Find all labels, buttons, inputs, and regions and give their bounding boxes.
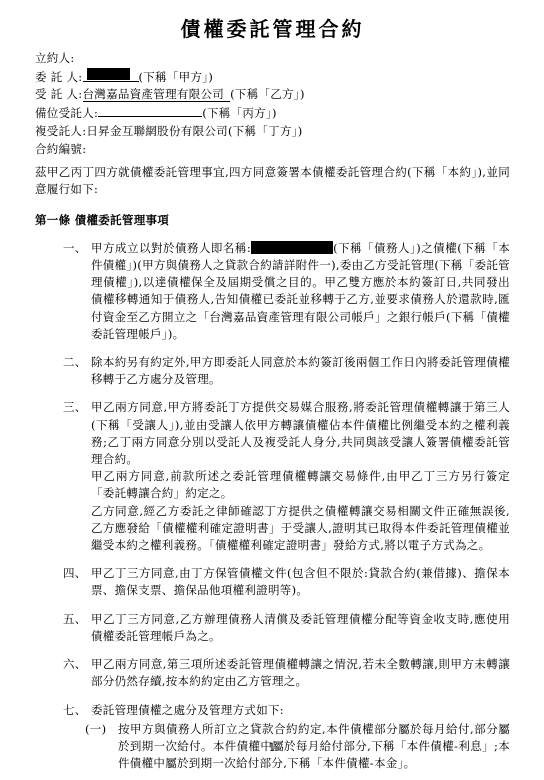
sub-trustee-label: 複受託人: [35, 124, 86, 138]
trustee-name: 台灣嘉品資產管理有限公司 [83, 87, 231, 102]
section-heading: 第一條 債權委託管理事項 [35, 212, 510, 229]
party-line-backup-trustee: 備位受託人:(下稱「丙方」) [35, 104, 510, 123]
clause-number: 二、 [63, 354, 91, 388]
parties-block: 立約人: 委 託 人:(下稱「甲方」) 受 託 人:台灣嘉品資產管理有限公司(下… [35, 50, 510, 158]
sub-trustee-text: 日昇金互聯網股份有限公司(下稱「丁方」) [86, 124, 302, 138]
clause-extra-paragraph: 乙方同意,經乙方委託之律師確認丁方提供之債權轉讓交易相關文件正確無誤後,乙方應發… [91, 503, 510, 555]
clause-body: 甲乙丁三方同意,由丁方保管債權文件(包含但不限於:貸款合約(兼借據)、擔保本票、… [91, 565, 510, 599]
clause-number: 三、 [63, 399, 91, 554]
clause-number: 一、 [63, 240, 91, 343]
opening-label: 立約人: [35, 51, 75, 65]
clause-text: 甲方成立以對於債務人即名稱:(下稱「債務人」)之債權(下稱「本件債權」)(甲方與… [91, 240, 510, 343]
document-title: 債權委託管理合約 [35, 16, 510, 42]
contract-clause: 七、委託管理債權之處分及管理方式如下:(一)按甲方與債務人所訂立之貸款合約約定,… [63, 702, 510, 773]
clause-text-before: 甲方成立以對於債務人即名稱: [91, 241, 251, 255]
clause-body: 甲乙兩方同意,第三項所述委託管理債權轉讓之情況,若未全數轉讓,則甲方未轉讓部分仍… [91, 656, 510, 690]
preamble-paragraph: 茲甲乙丙丁四方就債權委託管理事宜,四方同意簽署本債權委託管理合約(下稱「本約」)… [35, 164, 510, 198]
clause-text: 甲乙丁三方同意,由丁方保管債權文件(包含但不限於:貸款合約(兼借據)、擔保本票、… [91, 565, 510, 599]
party-line-opening: 立約人: [35, 50, 510, 68]
section-clauses: 一、甲方成立以對於債務人即名稱:(下稱「債務人」)之債權(下稱「本件債權」)(甲… [35, 240, 510, 772]
contract-page: 債權委託管理合約 立約人: 委 託 人:(下稱「甲方」) 受 託 人:台灣嘉品資… [0, 0, 544, 780]
contract-no-label: 合約編號: [35, 142, 86, 156]
contract-clause: 二、除本約另有約定外,甲方即委託人同意於本約簽訂後兩個工作日內將委託管理債權移轉… [63, 354, 510, 388]
entrustor-suffix: (下稱「甲方」) [139, 70, 214, 84]
clause-body: 甲方成立以對於債務人即名稱:(下稱「債務人」)之債權(下稱「本件債權」)(甲方與… [91, 240, 510, 343]
trustee-label: 受 託 人: [35, 87, 83, 101]
party-line-sub-trustee: 複受託人:日昇金互聯網股份有限公司(下稱「丁方」) [35, 123, 510, 141]
contract-clause: 六、甲乙兩方同意,第三項所述委託管理債權轉讓之情況,若未全數轉讓,則甲方未轉讓部… [63, 656, 510, 690]
contract-clause: 一、甲方成立以對於債務人即名稱:(下稱「債務人」)之債權(下稱「本件債權」)(甲… [63, 240, 510, 343]
clause-body: 除本約另有約定外,甲方即委託人同意於本約簽訂後兩個工作日內將委託管理債權移轉于乙… [91, 354, 510, 388]
contract-clause: 四、甲乙丁三方同意,由丁方保管債權文件(包含但不限於:貸款合約(兼借據)、擔保本… [63, 565, 510, 599]
clause-text: 甲乙兩方同意,第三項所述委託管理債權轉讓之情況,若未全數轉讓,則甲方未轉讓部分仍… [91, 656, 510, 690]
party-line-trustee: 受 託 人:台灣嘉品資產管理有限公司(下稱「乙方」) [35, 86, 510, 104]
clause-text: 甲乙兩方同意,甲方將委託丁方提供交易媒合服務,將委託管理債權轉讓于第三人(下稱「… [91, 399, 510, 468]
party-line-entrustor: 委 託 人:(下稱「甲方」) [35, 68, 510, 87]
clause-number: 六、 [63, 656, 91, 690]
clause-text-after: (下稱「債務人」)之債權(下稱「本件債權」)(甲方與債務人之貸款合約請詳附件一)… [91, 241, 510, 341]
clause-number: 四、 [63, 565, 91, 599]
redaction-box [251, 241, 333, 254]
backup-trustee-suffix: (下稱「丙方」) [202, 106, 277, 120]
clause-body: 甲乙丁三方同意,乙方辦理債務人清償及委託管理債權分配等資金收支時,應使用債權委託… [91, 611, 510, 645]
party-line-contract-no: 合約編號: [35, 141, 510, 159]
clause-text: 除本約另有約定外,甲方即委託人同意於本約簽訂後兩個工作日內將委託管理債權移轉于乙… [91, 354, 510, 388]
backup-trustee-label: 備位受託人: [35, 106, 98, 120]
clause-text: 甲乙丁三方同意,乙方辦理債務人清償及委託管理債權分配等資金收支時,應使用債權委託… [91, 611, 510, 645]
redaction-box [87, 68, 130, 80]
entrustor-name-field [83, 68, 139, 82]
contract-clause: 五、甲乙丁三方同意,乙方辦理債務人清償及委託管理債權分配等資金收支時,應使用債權… [63, 611, 510, 645]
page-number: 1 [0, 739, 544, 756]
clause-body: 甲乙兩方同意,甲方將委託丁方提供交易媒合服務,將委託管理債權轉讓于第三人(下稱「… [91, 399, 510, 554]
clause-text: 委託管理債權之處分及管理方式如下: [91, 702, 510, 719]
clause-body: 委託管理債權之處分及管理方式如下:(一)按甲方與債務人所訂立之貸款合約約定,本件… [91, 702, 510, 773]
entrustor-label: 委 託 人: [35, 70, 83, 84]
trustee-suffix: (下稱「乙方」) [230, 87, 305, 101]
clause-extra-paragraph: 甲乙兩方同意,前款所述之委託管理債權轉讓交易條件,由甲乙丁三方另行簽定 「委託轉… [91, 468, 510, 502]
clause-number: 五、 [63, 611, 91, 645]
backup-trustee-blank-field [98, 104, 202, 117]
contract-clause: 三、甲乙兩方同意,甲方將委託丁方提供交易媒合服務,將委託管理債權轉讓于第三人(下… [63, 399, 510, 554]
